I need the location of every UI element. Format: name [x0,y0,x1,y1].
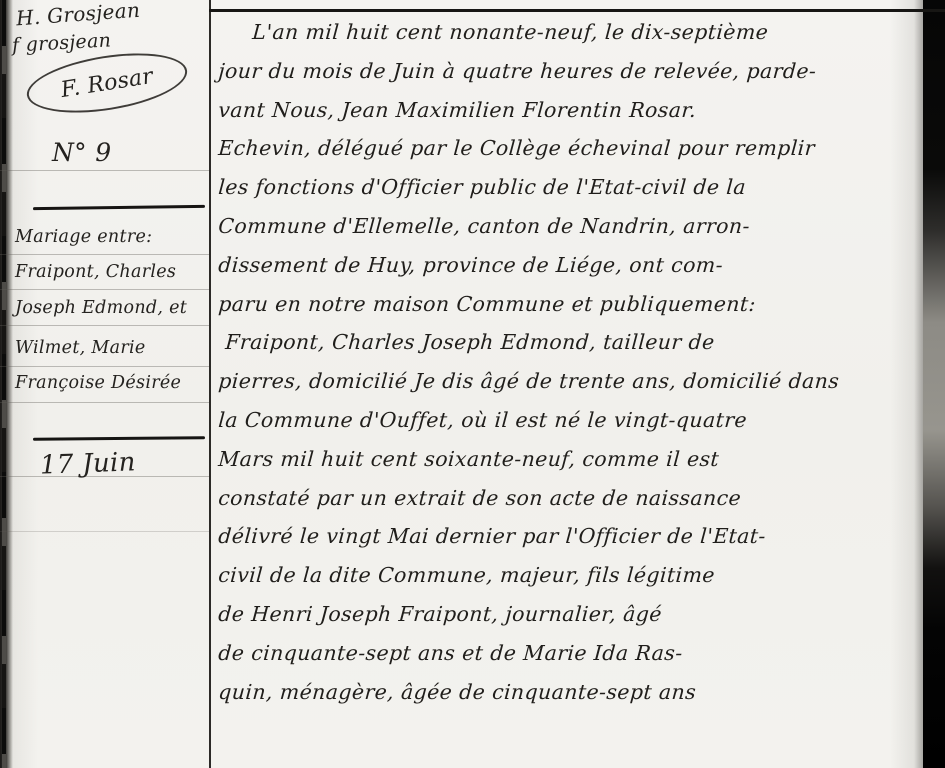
body-line: jour du mois de Juin à quatre heures de … [217,52,926,91]
ruled-line [0,402,209,403]
margin-note-line: Françoise Désirée [15,373,181,393]
body-line: civil de la dite Commune, majeur, fils l… [217,556,926,595]
act-date: 17 Juin [40,447,137,480]
body-line: quin, ménagère, âgée de cinquante-sept a… [217,673,926,712]
body-line: de cinquante-sept ans et de Marie Ida Ra… [217,634,926,673]
margin-note-line: Joseph Edmond, et [15,298,187,318]
margin-column-rule [209,0,211,768]
body-line: les fonctions d'Officier public de l'Eta… [217,168,926,207]
margin-note-line: Mariage entre: [15,227,152,247]
ruled-line [0,366,209,367]
register-page-scan: H. Grosjean f grosjean F. Rosar N° 9 Mar… [0,0,945,768]
ruled-line [0,531,209,532]
ruled-line [0,325,209,326]
signature-grosjean-1: H. Grosjean [15,0,141,30]
act-body-text: L'an mil huit cent nonante-neuf, le dix-… [217,13,923,711]
ruled-line [0,254,209,255]
body-line: Mars mil huit cent soixante-neuf, comme … [217,440,926,479]
divider-stroke [33,436,205,441]
body-line: pierres, domicilié Je dis âgé de trente … [217,362,926,401]
ruled-line [0,289,209,290]
body-line: la Commune d'Ouffet, où il est né le vin… [217,401,926,440]
body-line: Fraipont, Charles Joseph Edmond, tailleu… [217,323,926,362]
signature-rosar: F. Rosar [59,63,155,102]
body-line: de Henri Joseph Fraipont, journalier, âg… [217,595,926,634]
top-horizontal-rule [209,9,945,12]
body-line: vant Nous, Jean Maximilien Florentin Ros… [217,91,926,130]
right-page-binding [923,0,945,768]
divider-stroke [33,205,205,210]
body-line: Commune d'Ellemelle, canton de Nandrin, … [217,207,926,246]
signature-rosar-flourish: F. Rosar [23,44,191,123]
body-line: délivré le vingt Mai dernier par l'Offic… [217,517,926,556]
body-line: L'an mil huit cent nonante-neuf, le dix-… [217,13,926,52]
body-line: paru en notre maison Commune et publique… [217,285,926,324]
margin-note-line: Wilmet, Marie [15,338,146,358]
signature-grosjean-2: f grosjean [11,29,111,56]
margin-note-line: Fraipont, Charles [15,262,176,282]
body-line: constaté par un extrait de son acte de n… [217,479,926,518]
act-number: N° 9 [52,138,111,167]
left-page-gutter [0,0,13,768]
body-line: Echevin, délégué par le Collège échevina… [217,129,926,168]
ruled-line [0,170,209,171]
body-line: dissement de Huy, province de Liége, ont… [217,246,926,285]
